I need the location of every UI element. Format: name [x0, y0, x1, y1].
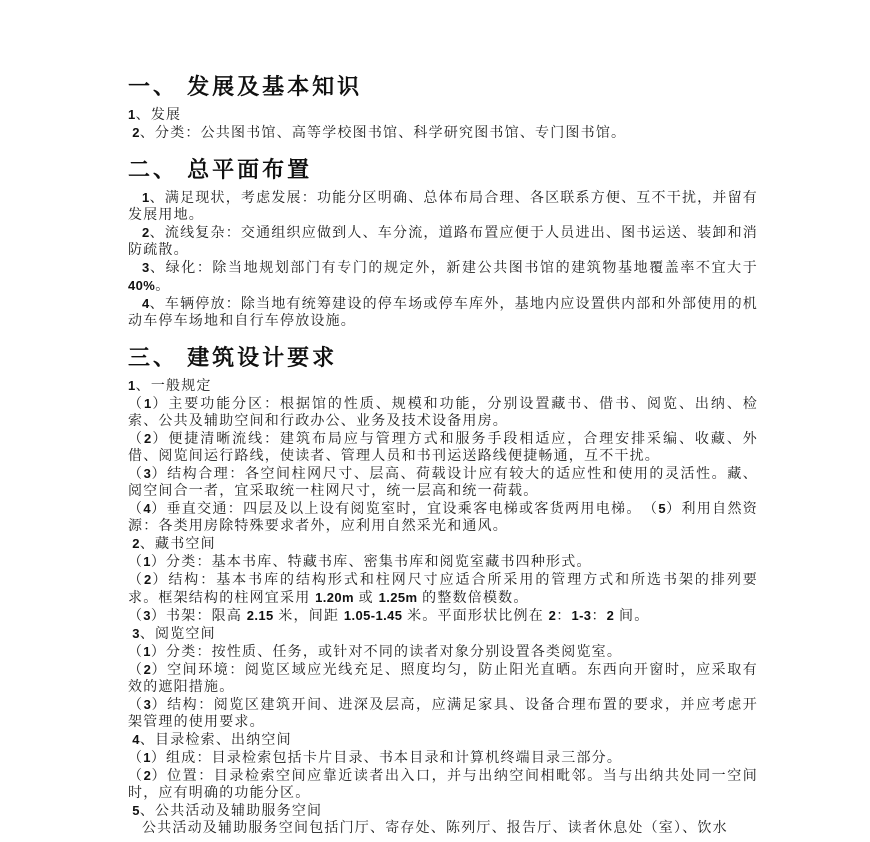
- bold-number: 2: [132, 125, 140, 140]
- paragraph-line: 2、藏书空间: [128, 535, 758, 553]
- bold-number: 1.05-1.45: [344, 608, 403, 623]
- paragraph-line: （2）位置：目录检索空间应靠近读者出入口，并与出纳空间相毗邻。当与出纳共处同一空…: [128, 767, 758, 802]
- paragraph-line: 1、发展: [128, 106, 758, 124]
- bold-number: 1: [144, 396, 152, 411]
- paragraph-line: （3）结构：阅览区建筑开间、进深及层高，应满足家具、设备合理布置的要求，并应考虑…: [128, 696, 758, 731]
- paragraph-line: 4、目录检索、出纳空间: [128, 731, 758, 749]
- paragraph-line: 1、一般规定: [128, 377, 758, 395]
- bold-number: 2: [132, 536, 140, 551]
- paragraph-line: （4）垂直交通：四层及以上设有阅览室时，宜设乘客电梯或客货两用电梯。 （5）利用…: [128, 500, 758, 535]
- bold-number: 4: [132, 732, 140, 747]
- paragraph-line: （3）结构合理：各空间柱网尺寸、层高、荷载设计应有较大的适应性和使用的灵活性。藏…: [128, 465, 758, 500]
- paragraph-line: 公共活动及辅助服务空间包括门厅、寄存处、陈列厅、报告厅、读者休息处（室）、饮水: [128, 820, 758, 837]
- bold-number: 4: [143, 501, 151, 516]
- paragraph-line: （3）书架：限高 2.15 米，间距 1.05-1.45 米。平面形状比例在 2…: [128, 607, 758, 625]
- bold-number: 2: [144, 768, 152, 783]
- bold-number: 3: [142, 260, 150, 275]
- bold-number: 3: [144, 466, 152, 481]
- bold-number: %: [143, 278, 155, 293]
- bold-number: 5: [132, 803, 140, 818]
- paragraph-line: （1）组成：目录检索包括卡片目录、书本目录和计算机终端目录三部分。: [128, 749, 758, 767]
- paragraph-line: 5、公共活动及辅助服务空间: [128, 802, 758, 820]
- paragraph-line: 2、流线复杂：交通组织应做到人、车分流，道路布置应便于人员进出、图书运送、装卸和…: [128, 224, 758, 259]
- paragraph-line: （1）分类：按性质、任务，或针对不同的读者对象分别设置各类阅览室。: [128, 643, 758, 661]
- paragraph-line: 2、分类：公共图书馆、高等学校图书馆、科学研究图书馆、专门图书馆。: [128, 124, 758, 142]
- bold-number: 40: [128, 278, 143, 293]
- bold-number: 1.25m: [379, 590, 418, 605]
- section-heading: 三、 建筑设计要求: [128, 345, 758, 371]
- bold-number: 1: [128, 107, 136, 122]
- bold-number: 3: [143, 608, 151, 623]
- section-heading: 二、 总平面布置: [128, 157, 758, 183]
- bold-number: 2: [549, 608, 557, 623]
- section: 一、 发展及基本知识1、发展2、分类：公共图书馆、高等学校图书馆、科学研究图书馆…: [128, 74, 758, 142]
- paragraph-line: （1）分类：基本书库、特藏书库、密集书库和阅览室藏书四种形式。: [128, 553, 758, 571]
- bold-number: 2: [144, 662, 152, 677]
- document-body: 一、 发展及基本知识1、发展2、分类：公共图书馆、高等学校图书馆、科学研究图书馆…: [128, 74, 758, 837]
- bold-number: 1.20m: [315, 590, 354, 605]
- bold-number: 1-3: [571, 608, 591, 623]
- bold-number: 1: [142, 190, 150, 205]
- bold-number: 2: [142, 225, 150, 240]
- paragraph-line: 1、满足现状，考虑发展：功能分区明确、总体布局合理、各区联系方便、互不干扰，并留…: [128, 189, 758, 224]
- bold-number: 4: [142, 296, 150, 311]
- bold-number: 5: [658, 501, 666, 516]
- paragraph-line: 3、阅览空间: [128, 625, 758, 643]
- paragraph-line: 3、绿化：除当地规划部门有专门的规定外，新建公共图书馆的建筑物基地覆盖率不宜大于…: [128, 259, 758, 295]
- paragraph-line: （2）空间环境：阅览区域应光线充足、照度均匀，防止阳光直晒。东西向开窗时，应采取…: [128, 661, 758, 696]
- bold-number: 2: [144, 572, 152, 587]
- paragraph-line: 4、车辆停放：除当地有统筹建设的停车场或停车库外，基地内应设置供内部和外部使用的…: [128, 295, 758, 330]
- bold-number: 2.15: [247, 608, 274, 623]
- bold-number: 1: [143, 554, 151, 569]
- bold-number: 3: [144, 697, 152, 712]
- bold-number: 2: [144, 431, 152, 446]
- section: 三、 建筑设计要求1、一般规定（1）主要功能分区：根据馆的性质、规模和功能，分别…: [128, 345, 758, 837]
- paragraph-line: （2）结构：基本书库的结构形式和柱网尺寸应适合所采用的管理方式和所选书架的排列要…: [128, 571, 758, 607]
- paragraph-line: （2）便捷清晰流线：建筑布局应与管理方式和服务手段相适应，合理安排采编、收藏、外…: [128, 430, 758, 465]
- bold-number: 1: [128, 378, 136, 393]
- bold-number: 1: [143, 750, 151, 765]
- section: 二、 总平面布置1、满足现状，考虑发展：功能分区明确、总体布局合理、各区联系方便…: [128, 157, 758, 330]
- bold-number: 2: [607, 608, 615, 623]
- document-page: 一、 发展及基本知识1、发展2、分类：公共图书馆、高等学校图书馆、科学研究图书馆…: [0, 0, 870, 842]
- section-heading: 一、 发展及基本知识: [128, 74, 758, 100]
- bold-number: 1: [143, 644, 151, 659]
- bold-number: 3: [132, 626, 140, 641]
- paragraph-line: （1）主要功能分区：根据馆的性质、规模和功能，分别设置藏书、借书、阅览、出纳、检…: [128, 395, 758, 430]
